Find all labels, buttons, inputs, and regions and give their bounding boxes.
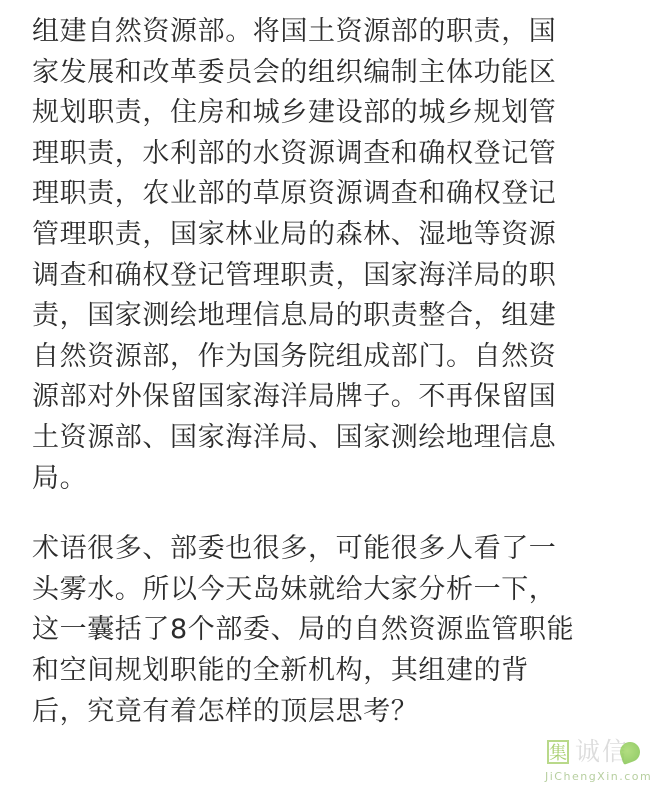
text-line: 这一囊括了8个部委、局的自然资源监管职能 — [32, 610, 632, 651]
text-line: 调查和确权登记管理职责，国家海洋局的职 — [32, 256, 632, 297]
text-line: 理职责，农业部的草原资源调查和确权登记 — [32, 174, 632, 215]
text-line: 规划职责，住房和城乡建设部的城乡规划管 — [32, 93, 632, 134]
watermark-logo-box: 集 — [547, 740, 569, 764]
text-line: 家发展和改革委员会的组织编制主体功能区 — [32, 53, 632, 94]
text-line: 土资源部、国家海洋局、国家测绘地理信息 — [32, 418, 632, 459]
text-line: 自然资源部，作为国务院组成部门。自然资 — [32, 337, 632, 378]
text-line: 后，究竟有着怎样的顶层思考？ — [32, 692, 632, 733]
text-line: 责，国家测绘地理信息局的职责整合，组建 — [32, 296, 632, 337]
watermark-url: JiChengXin.com — [545, 770, 650, 783]
text-line: 和空间规划职能的全新机构，其组建的背 — [32, 651, 632, 692]
article-body: 组建自然资源部。将国土资源部的职责，国 家发展和改革委员会的组织编制主体功能区 … — [32, 12, 632, 732]
text-line: 组建自然资源部。将国土资源部的职责，国 — [32, 12, 632, 53]
text-line: 头雾水。所以今天岛妹就给大家分析一下， — [32, 570, 632, 611]
text-line: 管理职责，国家林业局的森林、湿地等资源 — [32, 215, 632, 256]
paragraph-1: 组建自然资源部。将国土资源部的职责，国 家发展和改革委员会的组织编制主体功能区 … — [32, 12, 632, 499]
text-line: 局。 — [32, 459, 632, 500]
site-watermark: 集 诚信 JiChengXin.com — [545, 738, 650, 792]
text-line: 源部对外保留国家海洋局牌子。不再保留国 — [32, 377, 632, 418]
text-line: 理职责，水利部的水资源调查和确权登记管 — [32, 134, 632, 175]
text-line: 术语很多、部委也很多，可能很多人看了一 — [32, 529, 632, 570]
paragraph-2: 术语很多、部委也很多，可能很多人看了一 头雾水。所以今天岛妹就给大家分析一下， … — [32, 529, 632, 732]
paragraph-spacer — [32, 499, 632, 529]
